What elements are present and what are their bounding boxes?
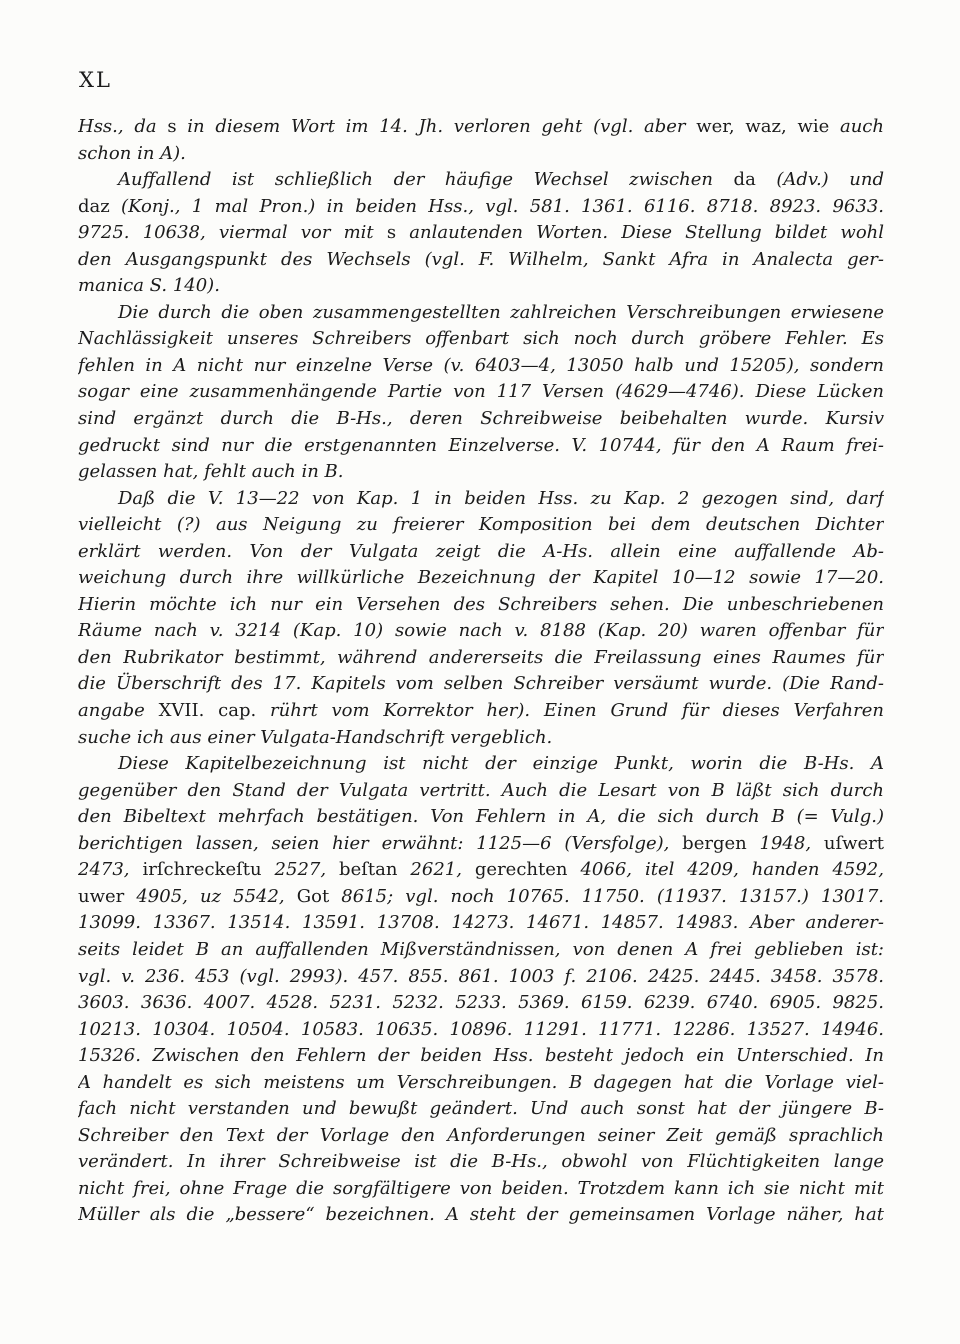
cited-word: uwer [78, 886, 124, 907]
cited-word: daz [78, 196, 110, 217]
text-line: Hierin möchte ich nur ein Versehen des S… [78, 592, 884, 619]
text-line: nicht frei, ohne Frage die sorgfältigere… [78, 1176, 884, 1203]
text-run: (Adv.) und [756, 169, 884, 190]
text-run: den Rubrikator bestimmt, während anderer… [78, 647, 884, 668]
text-run: berichtigen lassen, seien hier erwähnt: … [78, 833, 682, 854]
text-line: seits leidet B an auffallenden Mißverstä… [78, 937, 884, 964]
text-line: suche ich aus einer Vulgata-Handschrift … [78, 725, 884, 752]
text-line: Hss., da s in diesem Wort im 14. Jh. ver… [78, 114, 884, 141]
text-run: Hss., da [78, 116, 167, 137]
text-run: vgl. v. 236. 453 (vgl. 2993). 457. 855. … [78, 966, 884, 987]
text-run: Diese Kapitelbezeichnung ist nicht der e… [118, 753, 884, 774]
text-line: den Rubrikator bestimmt, während anderer… [78, 645, 884, 672]
text-run: 4066, itel 4209, handen 4592, [568, 859, 884, 880]
text-run: 3603. 3636. 4007. 4528. 5231. 5232. 5233… [78, 992, 884, 1013]
text-run: 8615; vgl. noch 10765. 11750. (11937. 13… [329, 886, 884, 907]
text-run: weichung durch ihre willkürliche Bezeich… [78, 567, 884, 588]
text-line: fach nicht verstanden und bewußt geänder… [78, 1096, 884, 1123]
text-run: gedruckt sind nur die erstgenannten Einz… [78, 435, 884, 456]
text-run: 2621, [397, 859, 474, 880]
text-run: 1948, [747, 833, 824, 854]
text-line: vgl. v. 236. 453 (vgl. 2993). 457. 855. … [78, 964, 884, 991]
text-line: Diese Kapitelbezeichnung ist nicht der e… [78, 751, 884, 778]
text-run: gegenüber den Stand der Vulgata vertritt… [78, 780, 884, 801]
paragraph: Die durch die oben zusammengestellten za… [78, 300, 884, 486]
text-line: verändert. In ihrer Schreibweise ist die… [78, 1149, 884, 1176]
text-run: 15326. Zwischen den Fehlern der beiden H… [78, 1045, 884, 1066]
cited-word: uſwert [824, 833, 884, 854]
text-line: 10213. 10304. 10504. 10583. 10635. 10896… [78, 1017, 884, 1044]
paragraph: Auffallend ist schließlich der häufige W… [78, 167, 884, 300]
text-line: gedruckt sind nur die erstgenannten Einz… [78, 433, 884, 460]
text-run: den Bibeltext mehrfach bestätigen. Von F… [78, 806, 884, 827]
text-line: angabe XVII. cap. rührt vom Korrektor he… [78, 698, 884, 725]
text-run: fach nicht verstanden und bewußt geänder… [78, 1098, 884, 1119]
text-line: schon in A). [78, 141, 884, 168]
text-line: 13099. 13367. 13514. 13591. 13708. 14273… [78, 910, 884, 937]
text-line: daz (Konj., 1 mal Pron.) in beiden Hss.,… [78, 194, 884, 221]
text-run: gelassen hat, fehlt auch in B. [78, 461, 343, 482]
text-line: den Bibeltext mehrfach bestätigen. Von F… [78, 804, 884, 831]
cited-word: irſchreckeſtu [143, 859, 262, 880]
text-line: manica S. 140). [78, 273, 884, 300]
cited-word: wer, waz, wie [696, 116, 829, 137]
text-line: Nachlässigkeit unseres Schreibers offenb… [78, 326, 884, 353]
text-run: Daß die V. 13—22 von Kap. 1 in beiden Hs… [118, 488, 884, 509]
book-page: XL Hss., da s in diesem Wort im 14. Jh. … [0, 0, 960, 1344]
text-line: Die durch die oben zusammengestellten za… [78, 300, 884, 327]
text-run: 4905, uz 5542, [124, 886, 296, 907]
cited-word: da [734, 169, 756, 190]
text-run: angabe [78, 700, 159, 721]
paragraph: Daß die V. 13—22 von Kap. 1 in beiden Hs… [78, 486, 884, 751]
cited-word: Got [297, 886, 329, 907]
text-run: (Konj., 1 mal Pron.) in beiden Hss., vgl… [110, 196, 884, 217]
text-line: erklärt werden. Von der Vulgata zeigt di… [78, 539, 884, 566]
text-line: gelassen hat, fehlt auch in B. [78, 459, 884, 486]
cited-word: XVII. cap. [159, 700, 257, 721]
cited-word: beſtan [339, 859, 397, 880]
text-run: seits leidet B an auffallenden Mißverstä… [78, 939, 884, 960]
text-run: nicht frei, ohne Frage die sorgfältigere… [78, 1178, 884, 1199]
text-run: fehlen in A nicht nur einzelne Verse (v.… [78, 355, 884, 376]
text-line: 9725. 10638, viermal vor mit s anlautend… [78, 220, 884, 247]
text-run: schon in A). [78, 143, 186, 164]
page-number: XL [79, 68, 112, 92]
text-run: 9725. 10638, viermal vor mit [78, 222, 387, 243]
paragraph: Hss., da s in diesem Wort im 14. Jh. ver… [78, 114, 884, 167]
text-run: 13099. 13367. 13514. 13591. 13708. 14273… [78, 912, 884, 933]
paragraph: Diese Kapitelbezeichnung ist nicht der e… [78, 751, 884, 1229]
text-run: erklärt werden. Von der Vulgata zeigt di… [78, 541, 884, 562]
text-line: gegenüber den Stand der Vulgata vertritt… [78, 778, 884, 805]
text-line: weichung durch ihre willkürliche Bezeich… [78, 565, 884, 592]
text-run: Auffallend ist schließlich der häufige W… [118, 169, 734, 190]
text-line: vielleicht (?) aus Neigung zu freierer K… [78, 512, 884, 539]
text-run: den Ausgangspunkt des Wechsels (vgl. F. … [78, 249, 884, 270]
text-run: Müller als die „bessere“ bezeichnen. A s… [78, 1204, 884, 1225]
text-run: Hierin möchte ich nur ein Versehen des S… [78, 594, 884, 615]
text-run: rührt vom Korrektor her). Einen Grund fü… [256, 700, 884, 721]
text-line: 2473, irſchreckeſtu 2527, beſtan 2621, g… [78, 857, 884, 884]
text-line: Auffallend ist schließlich der häufige W… [78, 167, 884, 194]
text-line: Daß die V. 13—22 von Kap. 1 in beiden Hs… [78, 486, 884, 513]
text-line: sogar eine zusammenhängende Partie von 1… [78, 379, 884, 406]
text-run: Die durch die oben zusammengestellten za… [118, 302, 884, 323]
text-line: sind ergänzt durch die B-Hs., deren Schr… [78, 406, 884, 433]
cited-word: bergen [682, 833, 747, 854]
text-run: auch [829, 116, 884, 137]
cited-word: s [167, 116, 176, 137]
text-run: vielleicht (?) aus Neigung zu freierer K… [78, 514, 884, 535]
text-run: suche ich aus einer Vulgata-Handschrift … [78, 727, 552, 748]
text-line: Schreiber den Text der Vorlage den Anfor… [78, 1123, 884, 1150]
text-line: die Überschrift des 17. Kapitels vom sel… [78, 671, 884, 698]
cited-word: gerechten [475, 859, 568, 880]
text-line: A handelt es sich meistens um Verschreib… [78, 1070, 884, 1097]
text-run: Nachlässigkeit unseres Schreibers offenb… [78, 328, 884, 349]
text-run: manica S. 140). [78, 275, 220, 296]
text-block: Hss., da s in diesem Wort im 14. Jh. ver… [78, 114, 884, 1229]
text-run: in diesem Wort im 14. Jh. verloren geht … [177, 116, 697, 137]
text-line: den Ausgangspunkt des Wechsels (vgl. F. … [78, 247, 884, 274]
text-run: sogar eine zusammenhängende Partie von 1… [78, 381, 884, 402]
text-run: die Überschrift des 17. Kapitels vom sel… [78, 673, 884, 694]
text-line: Müller als die „bessere“ bezeichnen. A s… [78, 1202, 884, 1229]
text-run: Schreiber den Text der Vorlage den Anfor… [78, 1125, 884, 1146]
text-run: 2473, [78, 859, 143, 880]
cited-word: s [387, 222, 396, 243]
text-line: fehlen in A nicht nur einzelne Verse (v.… [78, 353, 884, 380]
text-run: Räume nach v. 3214 (Kap. 10) sowie nach … [78, 620, 884, 641]
text-line: 15326. Zwischen den Fehlern der beiden H… [78, 1043, 884, 1070]
text-run: anlautenden Worten. Diese Stellung bilde… [396, 222, 884, 243]
text-run: 10213. 10304. 10504. 10583. 10635. 10896… [78, 1019, 884, 1040]
text-run: verändert. In ihrer Schreibweise ist die… [78, 1151, 884, 1172]
text-line: 3603. 3636. 4007. 4528. 5231. 5232. 5233… [78, 990, 884, 1017]
text-run: A handelt es sich meistens um Verschreib… [78, 1072, 884, 1093]
text-line: uwer 4905, uz 5542, Got 8615; vgl. noch … [78, 884, 884, 911]
text-line: berichtigen lassen, seien hier erwähnt: … [78, 831, 884, 858]
text-run: sind ergänzt durch die B-Hs., deren Schr… [78, 408, 884, 429]
text-run: 2527, [262, 859, 339, 880]
text-line: Räume nach v. 3214 (Kap. 10) sowie nach … [78, 618, 884, 645]
